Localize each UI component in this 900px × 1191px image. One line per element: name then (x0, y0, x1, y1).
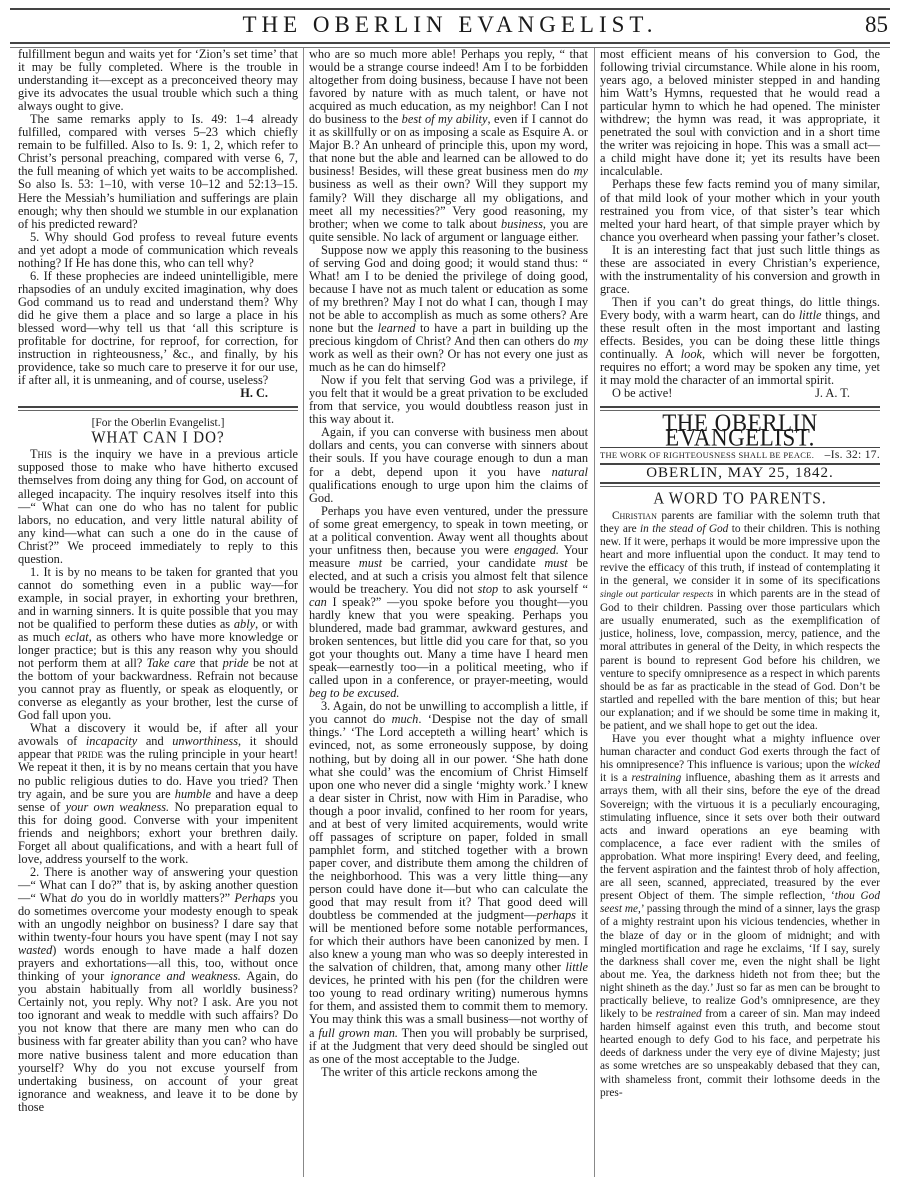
article-title: WHAT CAN I DO? (18, 431, 298, 446)
article-separator (18, 406, 298, 411)
paragraph: This is the inquiry we have in a previou… (18, 448, 298, 565)
column-1: fulfillment begun and waits yet for ‘Zio… (18, 48, 298, 1114)
column-2: who are so much more able! Perhaps you r… (309, 48, 588, 1079)
signature: J. A. T. (815, 387, 850, 400)
paragraph: 1. It is by no means to be taken for gra… (18, 566, 298, 723)
column-3: most efficient means of his conversion t… (600, 48, 880, 1100)
dateline-rule (600, 482, 880, 487)
column-divider (594, 48, 595, 1177)
top-rule (10, 8, 890, 10)
paragraph: Perhaps you have even ventured, under th… (309, 505, 588, 701)
signature: H. C. (18, 387, 298, 400)
paragraph: 6. If these prophecies are indeed uninte… (18, 270, 298, 387)
running-header: THE OBERLIN EVANGELIST. 85 (0, 12, 900, 40)
editorial-title: A WORD TO PARENTS. (600, 492, 880, 507)
signature-line: O be active! J. A. T. (600, 387, 880, 400)
paragraph: 2. There is another way of answering you… (18, 866, 298, 1114)
paragraph: Have you ever thought what a mighty infl… (600, 733, 880, 1100)
paragraph: 5. Why should God profess to reveal futu… (18, 231, 298, 270)
newspaper-page: THE OBERLIN EVANGELIST. 85 fulfillment b… (0, 0, 900, 1191)
paragraph: Christian parents are familiar with the … (600, 510, 880, 734)
paragraph: Suppose now we apply this reasoning to t… (309, 244, 588, 374)
paragraph: The same remarks apply to Is. 49: 1–4 al… (18, 113, 298, 230)
paragraph: most efficient means of his conversion t… (600, 48, 880, 178)
running-title: THE OBERLIN EVANGELIST. (0, 12, 900, 38)
paragraph: What a discovery it would be, if after a… (18, 722, 298, 866)
paragraph: Again, if you can converse with business… (309, 426, 588, 504)
column-divider (303, 48, 304, 1177)
paragraph: Perhaps these few facts remind you of ma… (600, 178, 880, 243)
paragraph: fulfillment begun and waits yet for ‘Zio… (18, 48, 298, 113)
paragraph: Now if you felt that serving God was a p… (309, 374, 588, 426)
paragraph: Then if you can’t do great things, do li… (600, 296, 880, 387)
paragraph: It is an interesting fact that just such… (600, 244, 880, 296)
paragraph: 3. Again, do not be unwilling to accompl… (309, 700, 588, 1065)
dateline: OBERLIN, MAY 25, 1842. (600, 465, 880, 482)
page-number: 85 (865, 12, 888, 38)
paragraph: who are so much more able! Perhaps you r… (309, 48, 588, 244)
editorial-masthead: THE OBERLIN EVANGELIST. (600, 416, 880, 445)
editorial-body: Christian parents are familiar with the … (600, 510, 880, 1100)
paragraph: The writer of this article reckons among… (309, 1066, 588, 1079)
